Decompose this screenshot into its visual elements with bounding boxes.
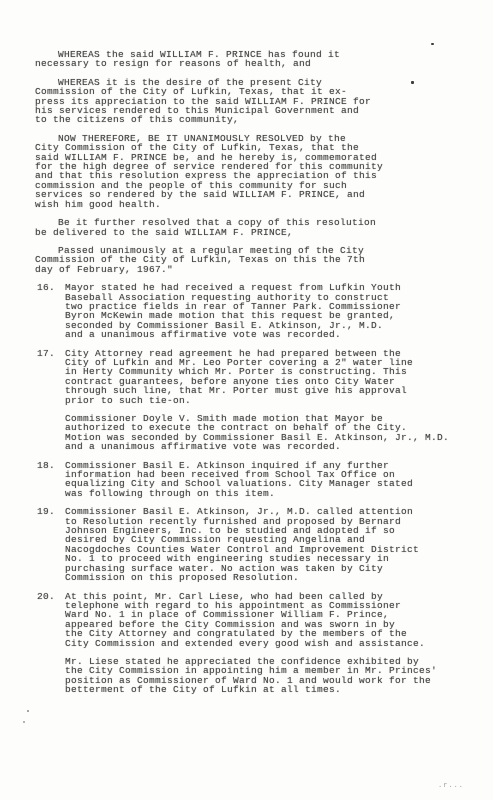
item-number: 19. xyxy=(37,507,65,591)
scan-speck xyxy=(411,81,414,84)
item-paragraph: At this point, Mr. Carl Liese, who had b… xyxy=(65,592,469,648)
resolution-paragraph: NOW THEREFORE, BE IT UNANIMOUSLY RESOLVE… xyxy=(35,134,465,209)
item-paragraph: Commissioner Basil E. Atkinson inquired … xyxy=(65,461,469,499)
item-paragraph: City Attorney read agreement he had prep… xyxy=(65,349,469,405)
item-paragraph: Mr. Liese stated he appreciated the conf… xyxy=(65,657,469,695)
item-paragraph: Mayor stated he had received a request f… xyxy=(65,283,469,339)
scan-speck xyxy=(431,43,434,45)
item-number: 18. xyxy=(37,461,65,508)
minutes-item-18: 18. Commissioner Basil E. Atkinson inqui… xyxy=(37,461,469,508)
item-paragraph: Commissioner Doyle V. Smith made motion … xyxy=(65,414,469,452)
resolution-paragraph: WHEREAS it is the desire of the present … xyxy=(35,78,465,125)
item-number: 17. xyxy=(37,349,65,461)
resolution-paragraph: Be it further resolved that a copy of th… xyxy=(35,218,465,237)
scan-smudge: .r... xyxy=(438,782,464,790)
item-number: 16. xyxy=(37,283,65,348)
minutes-document: WHEREAS the said WILLIAM F. PRINCE has f… xyxy=(0,50,493,704)
item-number: 20. xyxy=(37,592,65,704)
resolution-paragraph: WHEREAS the said WILLIAM F. PRINCE has f… xyxy=(35,50,465,69)
item-body: City Attorney read agreement he had prep… xyxy=(65,349,469,461)
scan-speck xyxy=(27,710,29,712)
scan-speck xyxy=(23,721,25,723)
item-body: At this point, Mr. Carl Liese, who had b… xyxy=(65,592,469,704)
item-paragraph: Commissioner Basil E. Atkinson, Jr., M.D… xyxy=(65,507,469,582)
item-body: Commissioner Basil E. Atkinson, Jr., M.D… xyxy=(65,507,469,591)
minutes-item-19: 19. Commissioner Basil E. Atkinson, Jr.,… xyxy=(37,507,469,591)
minutes-item-16: 16. Mayor stated he had received a reque… xyxy=(37,283,469,348)
minutes-item-17: 17. City Attorney read agreement he had … xyxy=(37,349,469,461)
item-body: Mayor stated he had received a request f… xyxy=(65,283,469,348)
minutes-item-20: 20. At this point, Mr. Carl Liese, who h… xyxy=(37,592,469,704)
scanned-minutes-page: WHEREAS the said WILLIAM F. PRINCE has f… xyxy=(0,0,493,800)
item-body: Commissioner Basil E. Atkinson inquired … xyxy=(65,461,469,508)
resolution-paragraph: Passed unanimously at a regular meeting … xyxy=(35,246,465,274)
